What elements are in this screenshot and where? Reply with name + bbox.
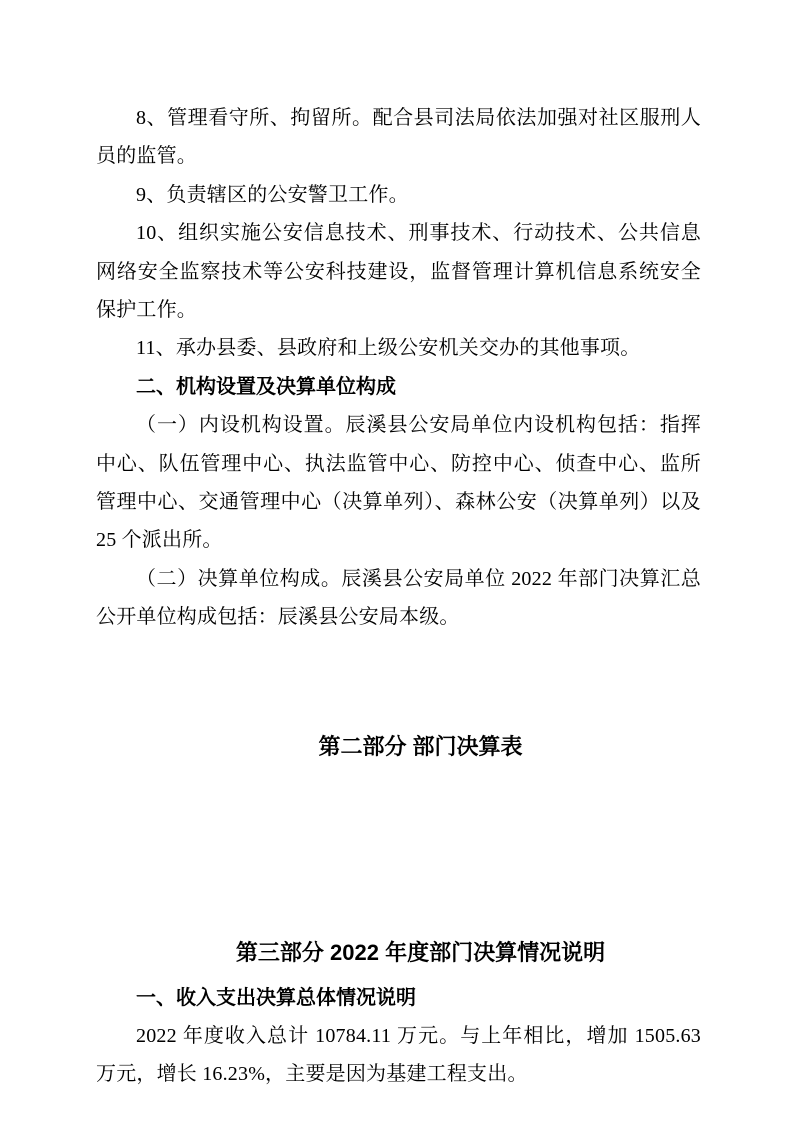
body-paragraph-internal-org: （一）内设机构设置。辰溪县公安局单位内设机构包括：指挥中心、队伍管理中心、执法监… <box>96 406 701 560</box>
body-paragraph-duty-11: 11、承办县委、县政府和上级公安机关交办的其他事项。 <box>96 329 701 367</box>
part2-title: 第二部分 部门决算表 <box>96 728 701 766</box>
body-paragraph-duty-8: 8、管理看守所、拘留所。配合县司法局依法加强对社区服刑人员的监管。 <box>96 99 701 176</box>
body-paragraph-duty-9: 9、负责辖区的公安警卫工作。 <box>96 176 701 214</box>
document-content: 8、管理看守所、拘留所。配合县司法局依法加强对社区服刑人员的监管。 9、负责辖区… <box>96 99 701 1094</box>
body-paragraph-unit-composition: （二）决算单位构成。辰溪县公安局单位 2022 年部门决算汇总公开单位构成包括：… <box>96 560 701 637</box>
document-page: 8、管理看守所、拘留所。配合县司法局依法加强对社区服刑人员的监管。 9、负责辖区… <box>0 0 793 1122</box>
section-heading-org-structure: 二、机构设置及决算单位构成 <box>96 368 701 406</box>
section-heading-income-expense: 一、收入支出决算总体情况说明 <box>96 979 701 1017</box>
body-paragraph-income-summary: 2022 年度收入总计 10784.11 万元。与上年相比，增加 1505.63… <box>96 1017 701 1094</box>
part3-title: 第三部分 2022 年度部门决算情况说明 <box>96 934 701 972</box>
body-paragraph-duty-10: 10、组织实施公安信息技术、刑事技术、行动技术、公共信息网络安全监察技术等公安科… <box>96 214 701 329</box>
